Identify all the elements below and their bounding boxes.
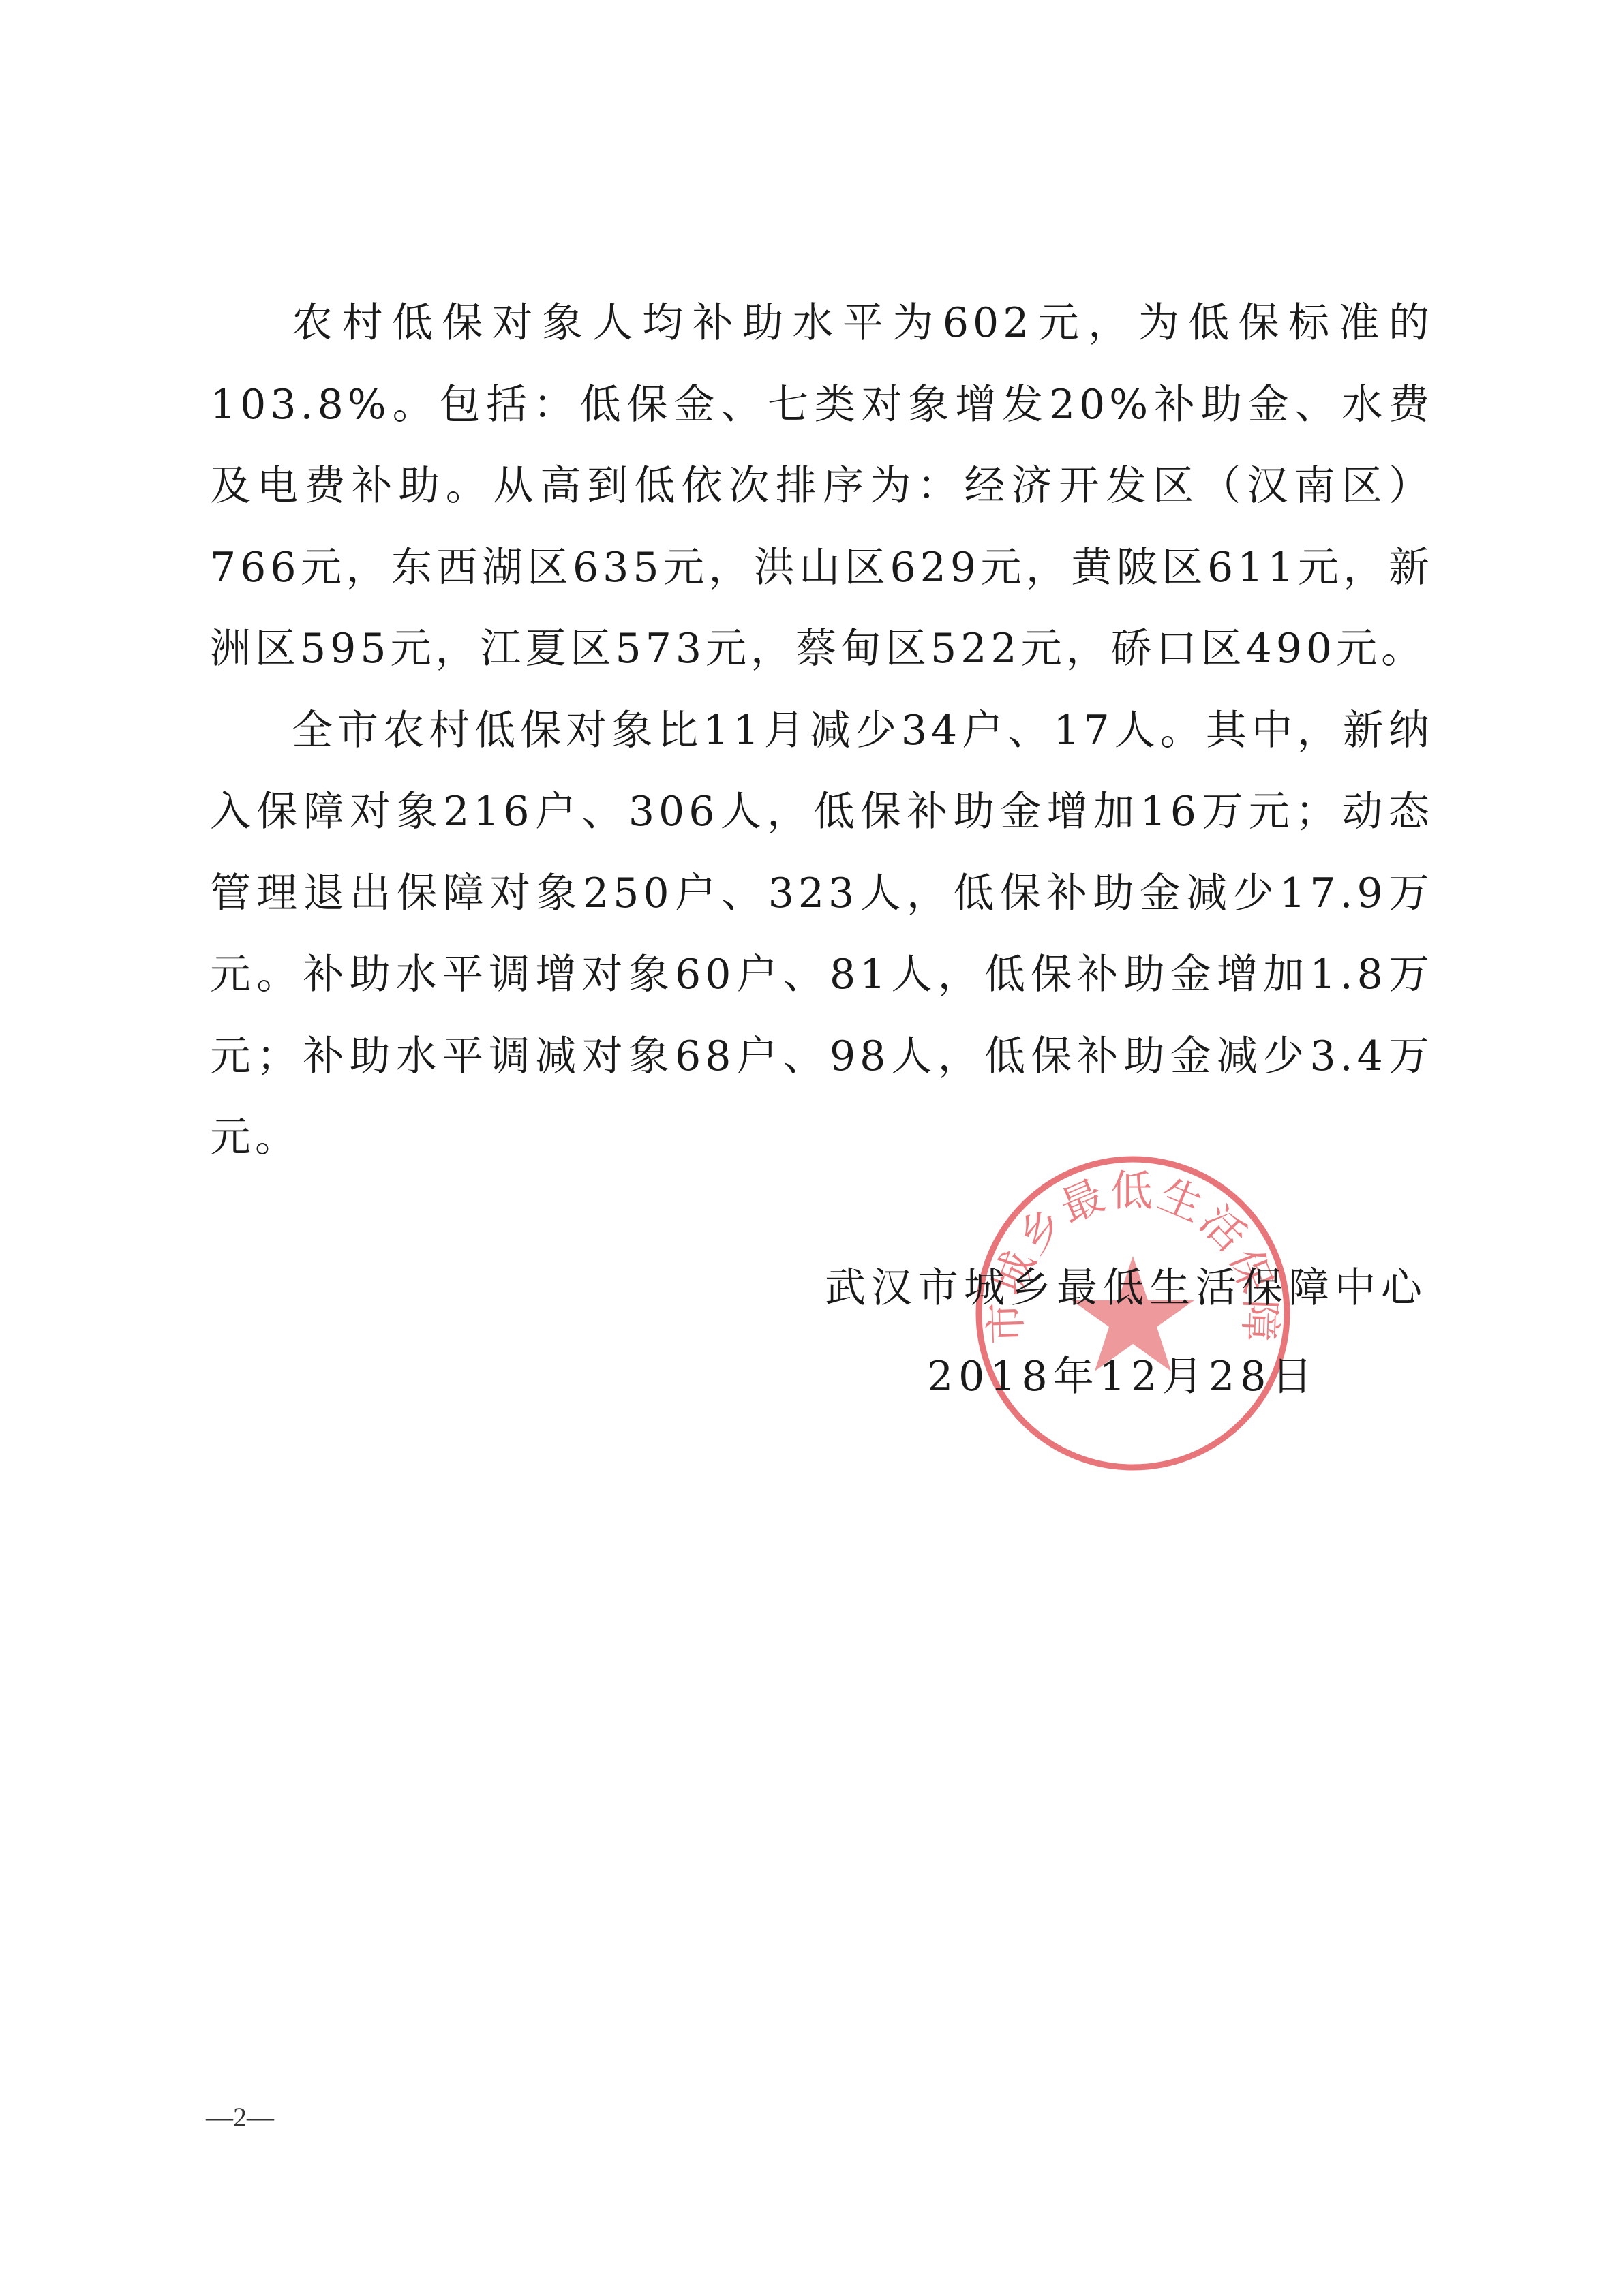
document-body: 农村低保对象人均补助水平为602元，为低保标准的103.8%。包括：低保金、七类… bbox=[210, 283, 1434, 1179]
document-page: 农村低保对象人均补助水平为602元，为低保标准的103.8%。包括：低保金、七类… bbox=[0, 0, 1623, 2296]
paragraph-rural-recipient-changes: 全市农村低保对象比11月减少34户、17人。其中，新纳入保障对象216户、306… bbox=[210, 690, 1434, 1179]
page-number: —2— bbox=[206, 2101, 274, 2133]
paragraph-rural-subsidy-levels: 农村低保对象人均补助水平为602元，为低保标准的103.8%。包括：低保金、七类… bbox=[210, 283, 1434, 690]
issuer-signature: 武汉市城乡最低生活保障中心 bbox=[825, 1261, 1438, 1315]
issue-date: 2018年12月28日 bbox=[927, 1349, 1404, 1404]
